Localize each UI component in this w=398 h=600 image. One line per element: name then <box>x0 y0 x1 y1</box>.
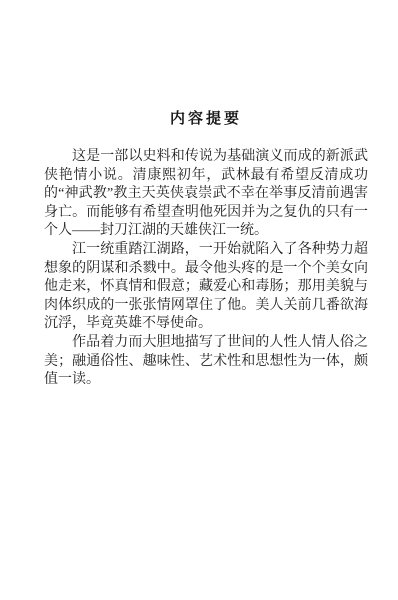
summary-body: 这是一部以史料和传说为基础演义而成的新派武侠艳情小说。清康熙初年，武林最有希望反… <box>44 148 368 390</box>
book-page: 内容提要 这是一部以史料和传说为基础演义而成的新派武侠艳情小说。清康熙初年，武林… <box>0 0 398 600</box>
summary-paragraph-3: 作品着力而大胆地描写了世间的人性人情人俗之美；融通俗性、趣味性、艺术性和思想性为… <box>44 334 368 390</box>
page-title: 内容提要 <box>44 111 368 128</box>
summary-paragraph-1: 这是一部以史料和传说为基础演义而成的新派武侠艳情小说。清康熙初年，武林最有希望反… <box>44 148 368 241</box>
summary-paragraph-2: 江一统重踏江湖路，一开始就陷入了各种势力超想象的阴谋和杀戮中。最令他头疼的是一个… <box>44 241 368 334</box>
